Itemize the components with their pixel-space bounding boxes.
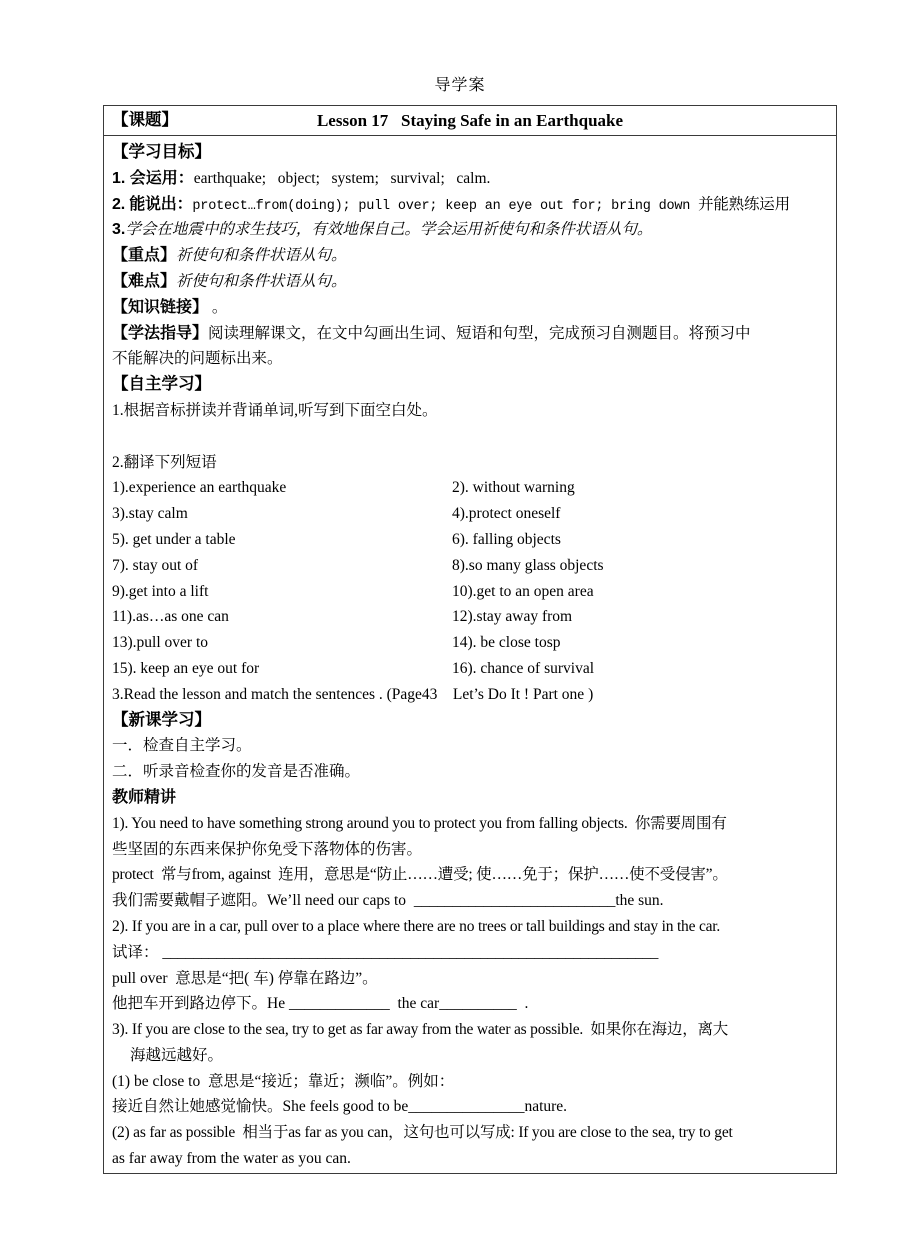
phrase-item: 16). chance of survival <box>452 656 830 682</box>
knowledge-link-label: 【知识链接】 <box>112 299 208 316</box>
answer-blank: _______________ <box>408 1098 524 1115</box>
objective-2-tail: 并能熟练运用 <box>698 196 790 213</box>
objective-2: 2. 能说出：protect…from(doing); pull over; k… <box>112 192 830 218</box>
answer-blank: ________________________________________… <box>159 944 659 961</box>
explain-3-sub2-line2: as far away from the water as you can. <box>112 1146 830 1172</box>
fill-sentence-post: . <box>517 995 529 1012</box>
translate-label: 试译： <box>112 944 159 961</box>
phrase-item: 14). be close tosp <box>452 630 830 656</box>
explain-2-line1: 2). If you are in a car, pull over to a … <box>112 914 830 940</box>
explain-2-line3: pull over 意思是“把( 车) 停靠在路边”。 <box>112 966 830 992</box>
explain-3-sub1: (1) be close to 意思是“接近；靠近；濒临”。例如： <box>112 1069 830 1095</box>
fill-sentence-post: the sun. <box>615 892 663 909</box>
explain-3-example: 接近自然让她感觉愉快。She feels good to be_________… <box>112 1094 830 1120</box>
answer-blank: __________ <box>439 995 517 1012</box>
blank-line <box>112 424 830 450</box>
objective-3: 3.学会在地震中的求生技巧，有效地保自己。学会运用祈使句和条件状语从句。 <box>112 217 830 243</box>
self-study-heading: 【自主学习】 <box>112 372 830 398</box>
key-point-label: 【重点】 <box>112 247 176 264</box>
fill-sentence-pre: 我们需要戴帽子遮阳。We’ll need our caps to <box>112 892 414 909</box>
phrase-item: 4).protect oneself <box>452 501 830 527</box>
key-point-text: 祈使句和条件状语从句。 <box>176 247 347 264</box>
new-lesson-heading: 【新课学习】 <box>112 708 830 734</box>
phrase-row: 11).as…as one can12).stay away from <box>112 604 830 630</box>
phrase-item: 5). get under a table <box>112 527 452 553</box>
difficult-point-line: 【难点】祈使句和条件状语从句。 <box>112 269 830 295</box>
teacher-heading: 教师精讲 <box>112 785 830 811</box>
phrase-item: 15). keep an eye out for <box>112 656 452 682</box>
phrase-item: 9).get into a lift <box>112 579 452 605</box>
body-cell: 【学习目标】 1. 会运用：earthquake; object; system… <box>104 136 836 1172</box>
objective-2-phrases: protect…from(doing); pull over; keep an … <box>192 199 698 214</box>
objective-1: 1. 会运用：earthquake; object; system; survi… <box>112 166 830 192</box>
objective-1-label: 1. 会运用： <box>112 170 194 187</box>
phrase-row: 9).get into a lift10).get to an open are… <box>112 579 830 605</box>
fill-sentence-pre: 他把车开到路边停下。He <box>112 995 289 1012</box>
study-guide-line1: 【学法指导】阅读理解课文，在文中勾画出生词、短语和句型，完成预习自测题目。将预习… <box>112 321 830 347</box>
phrase-item: 10).get to an open area <box>452 579 830 605</box>
key-point-line: 【重点】祈使句和条件状语从句。 <box>112 243 830 269</box>
objective-3-text: 学会在地震中的求生技巧，有效地保自己。学会运用祈使句和条件状语从句。 <box>125 221 652 238</box>
explain-1-line1: 1). You need to have something strong ar… <box>112 811 830 837</box>
phrase-item: 2). without warning <box>452 475 830 501</box>
phrase-item: 13).pull over to <box>112 630 452 656</box>
document-page: 导学案 【课题】 Lesson 17 Staying Safe in an Ea… <box>0 0 920 1260</box>
worksheet-table: 【课题】 Lesson 17 Staying Safe in an Earthq… <box>103 105 837 1174</box>
phrase-item: 11).as…as one can <box>112 604 452 630</box>
objectives-heading: 【学习目标】 <box>112 140 830 166</box>
explain-2-line4: 他把车开到路边停下。He _____________ the car______… <box>112 991 830 1017</box>
phrase-row: 7). stay out of8).so many glass objects <box>112 553 830 579</box>
self-study-task1: 1.根据音标拼读并背诵单词,听写到下面空白处。 <box>112 398 830 424</box>
new-lesson-step2: 二．听录音检查你的发音是否准确。 <box>112 759 830 785</box>
self-study-task2: 2.翻译下列短语 <box>112 450 830 476</box>
knowledge-link-line: 【知识链接】 。 <box>112 295 830 321</box>
fill-sentence-mid: the car <box>390 995 439 1012</box>
difficult-point-label: 【难点】 <box>112 273 176 290</box>
explain-3-sub2-line1: (2) as far as possible 相当于as far as you … <box>112 1120 830 1146</box>
objective-3-label: 3. <box>112 221 125 238</box>
study-guide-line2: 不能解决的问题标出来。 <box>112 346 830 372</box>
phrase-row: 15). keep an eye out for16). chance of s… <box>112 656 830 682</box>
study-guide-text1: 阅读理解课文，在文中勾画出生词、短语和句型，完成预习自测题目。将预习中 <box>208 325 751 342</box>
phrase-item: 1).experience an earthquake <box>112 475 452 501</box>
lesson-title: Lesson 17 Staying Safe in an Earthquake <box>104 106 836 135</box>
difficult-point-text: 祈使句和条件状语从句。 <box>176 273 347 290</box>
answer-blank: __________________________ <box>414 892 616 909</box>
explain-3-line2: 海越远越好。 <box>112 1043 830 1069</box>
title-row-label: 【课题】 <box>112 106 178 135</box>
objective-2-label: 2. 能说出： <box>112 196 192 213</box>
phrase-item: 6). falling objects <box>452 527 830 553</box>
phrase-row: 1).experience an earthquake2). without w… <box>112 475 830 501</box>
title-row: 【课题】 Lesson 17 Staying Safe in an Earthq… <box>104 106 836 136</box>
explain-3-line1: 3). If you are close to the sea, try to … <box>112 1017 830 1043</box>
knowledge-link-text: 。 <box>208 299 227 316</box>
explain-1-line2: 些坚固的东西来保护你免受下落物体的伤害。 <box>112 837 830 863</box>
fill-sentence-post: nature. <box>524 1098 567 1115</box>
explain-2-translate: 试译： ____________________________________… <box>112 940 830 966</box>
doc-header: 导学案 <box>0 72 920 95</box>
new-lesson-step1: 一．检查自主学习。 <box>112 733 830 759</box>
phrase-row: 13).pull over to14). be close tosp <box>112 630 830 656</box>
phrase-item: 3).stay calm <box>112 501 452 527</box>
phrase-item: 8).so many glass objects <box>452 553 830 579</box>
phrase-row: 3).stay calm4).protect oneself <box>112 501 830 527</box>
self-study-task3: 3.Read the lesson and match the sentence… <box>112 682 830 708</box>
phrase-item: 7). stay out of <box>112 553 452 579</box>
fill-sentence-pre: 接近自然让她感觉愉快。She feels good to be <box>112 1098 408 1115</box>
study-guide-label: 【学法指导】 <box>112 325 208 342</box>
explain-1-line4: 我们需要戴帽子遮阳。We’ll need our caps to _______… <box>112 888 830 914</box>
phrase-row: 5). get under a table6). falling objects <box>112 527 830 553</box>
answer-blank: _____________ <box>289 995 390 1012</box>
phrase-item: 12).stay away from <box>452 604 830 630</box>
explain-1-line3: protect 常与from, against 连用，意思是“防止……遭受; 使… <box>112 862 830 888</box>
objective-1-text: earthquake; object; system; survival; ca… <box>194 170 491 187</box>
